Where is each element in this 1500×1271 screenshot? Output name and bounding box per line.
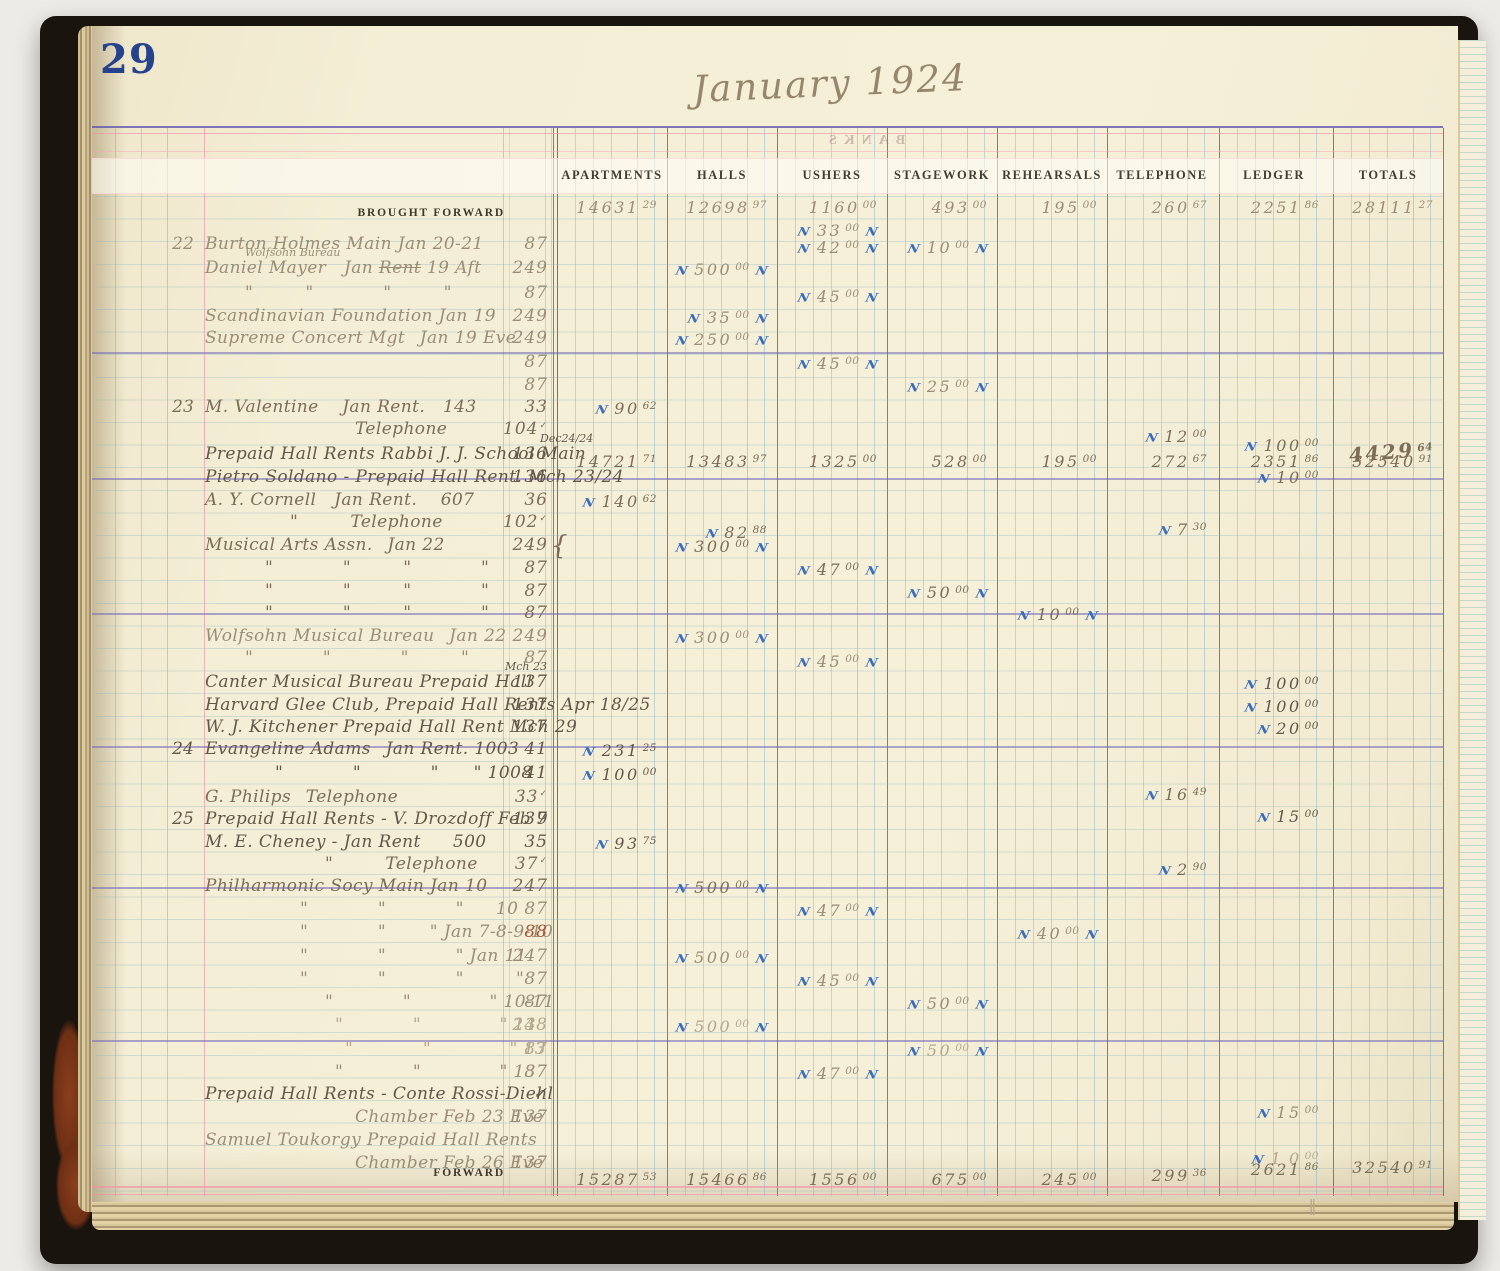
account-number: 249	[496, 626, 548, 646]
amount-re: 24500	[997, 1170, 1097, 1189]
tick-icon: N	[907, 242, 922, 256]
entry-description: Scandinavian Foundation Jan 19	[205, 306, 496, 326]
entry-description: A. Y. Cornell Jan Rent. 607	[205, 490, 474, 510]
account-number: 137	[496, 809, 548, 829]
account-number: 87	[496, 1062, 548, 1082]
tick-icon: N	[687, 312, 702, 326]
account-number: 33✓	[496, 787, 548, 807]
amount-le: N1500	[1219, 807, 1319, 826]
account-number: 87	[496, 899, 548, 919]
amount-ha: N50000N	[667, 1017, 767, 1036]
amount-le: 225186	[1219, 198, 1319, 217]
amount-st: N1000N	[887, 238, 987, 257]
tick-icon: N	[797, 242, 812, 256]
account-number: 87	[496, 375, 548, 395]
amount-us: N4500N	[777, 287, 877, 306]
entry-description: Philharmonic Socy Main Jan 10	[205, 876, 487, 896]
check-icon: ✓	[539, 514, 548, 524]
column-header-te: TELEPHONE	[1107, 168, 1217, 183]
entry-description: " Telephone	[325, 854, 478, 874]
tick-icon: N	[864, 656, 879, 670]
account-number: 35	[496, 832, 548, 852]
account-number: 33	[496, 397, 548, 417]
tick-icon: N	[797, 564, 812, 578]
tick-icon: N	[974, 587, 989, 601]
account-number: 137	[496, 717, 548, 737]
account-number: 249	[496, 306, 548, 326]
amount-st: N5000N	[887, 1041, 987, 1060]
check-icon: ✓	[539, 789, 548, 799]
column-header-re: REHEARSALS	[997, 168, 1107, 183]
tick-icon: N	[1256, 472, 1271, 486]
amount-to: 3254091	[1333, 452, 1433, 471]
tick-icon: N	[864, 358, 879, 372]
amount-us: N4700N	[777, 1064, 877, 1083]
amount-ap: 1528753	[557, 1170, 657, 1189]
amount-le: N1500	[1219, 1103, 1319, 1122]
tick-icon: N	[797, 1068, 812, 1082]
amount-ha: N30000N	[667, 537, 767, 556]
amount-us: N4500N	[777, 354, 877, 373]
account-number: 36	[496, 490, 548, 510]
bleed-through-text: BANKS	[822, 133, 905, 149]
account-number: 249	[496, 328, 548, 348]
tick-icon: N	[797, 291, 812, 305]
tick-icon: N	[864, 225, 879, 239]
entry-date: 24	[164, 739, 202, 759]
tick-icon: N	[1243, 678, 1258, 692]
account-number: 87	[496, 992, 548, 1012]
amount-re: N4000N	[997, 924, 1097, 943]
amount-st: N5000N	[887, 583, 987, 602]
amount-ha: N50000N	[667, 948, 767, 967]
tick-icon: N	[864, 975, 879, 989]
account-number: 87	[496, 558, 548, 578]
entry-description: Musical Arts Assn. Jan 22	[205, 535, 445, 555]
brace-mark: {	[551, 531, 568, 561]
amount-us: N4500N	[777, 971, 877, 990]
column-header-le: LEDGER	[1219, 168, 1329, 183]
tick-icon: N	[864, 1068, 879, 1082]
tick-icon: N	[674, 1021, 689, 1035]
tick-icon: N	[864, 291, 879, 305]
amount-te: N1649	[1107, 785, 1207, 804]
entry-description: " " " Jan 11	[300, 946, 527, 966]
amount-ap: 1463129	[557, 198, 657, 217]
amount-te: 26067	[1107, 198, 1207, 217]
account-number: 136	[496, 444, 548, 464]
entry-description: Harvard Glee Club, Prepaid Hall Rents Ap…	[205, 695, 651, 715]
amount-te: N1200	[1107, 427, 1207, 446]
tick-icon: N	[1084, 928, 1099, 942]
account-number: 137	[496, 672, 548, 692]
tick-icon: N	[674, 541, 689, 555]
entry-description: G. Philips Telephone	[205, 787, 398, 807]
amount-us: N4500N	[777, 652, 877, 671]
account-number: 136	[496, 467, 548, 487]
tick-icon: N	[797, 225, 812, 239]
amount-te: 27267	[1107, 452, 1207, 471]
tick-icon: N	[674, 264, 689, 278]
amount-us: N4700N	[777, 560, 877, 579]
entry-description: " " " 10	[300, 899, 518, 919]
column-header-ap: APARTMENTS	[557, 168, 667, 183]
tick-icon: N	[974, 381, 989, 395]
account-number: 137	[496, 1107, 548, 1127]
account-number: 88	[496, 922, 548, 942]
tick-icon: N	[1017, 609, 1032, 623]
amount-le: N2000	[1219, 719, 1319, 738]
tick-icon: N	[1144, 789, 1159, 803]
rule-line	[92, 126, 1443, 128]
entry-description: Samuel Toukorgy Prepaid Hall Rents	[205, 1130, 537, 1150]
account-number: ✓	[496, 1084, 548, 1104]
tick-icon: N	[797, 656, 812, 670]
amount-ha: 1269897	[667, 198, 767, 217]
amount-te: 29936	[1107, 1166, 1207, 1185]
amount-us: N4700N	[777, 901, 877, 920]
tick-icon: N	[754, 882, 769, 896]
entry-description: Evangeline Adams Jan Rent. 1003	[205, 739, 519, 759]
tick-icon: N	[1256, 811, 1271, 825]
account-number: 87	[496, 1039, 548, 1059]
amount-ap: N10000	[557, 765, 657, 784]
tick-icon: N	[674, 632, 689, 646]
entry-superscript: Wolfsohn Bureau	[245, 246, 340, 259]
tick-icon: N	[754, 632, 769, 646]
tick-icon: N	[754, 312, 769, 326]
amount-st: 67500	[887, 1170, 987, 1189]
tick-icon: N	[907, 587, 922, 601]
tick-icon: N	[754, 1021, 769, 1035]
entry-description: Canter Musical Bureau Prepaid Hall	[205, 672, 532, 692]
tick-icon: N	[581, 496, 596, 510]
amount-te: N730	[1107, 520, 1207, 539]
tick-icon: N	[754, 541, 769, 555]
amount-re: 19500	[997, 452, 1097, 471]
account-number: 41	[496, 763, 548, 783]
column-header-us: USHERS	[777, 168, 887, 183]
tick-icon: N	[907, 381, 922, 395]
amount-ha: N50000N	[667, 878, 767, 897]
entry-description: M. E. Cheney - Jan Rent 500	[205, 832, 487, 852]
photo-background: 29 January 1924 BANKS Brought Forward Fo…	[0, 0, 1500, 1271]
amount-ha: N30000N	[667, 628, 767, 647]
amount-le: 262186	[1219, 1160, 1319, 1179]
account-number: 87	[496, 352, 548, 372]
tick-icon: N	[1084, 609, 1099, 623]
amount-ha: 1546686	[667, 1170, 767, 1189]
entry-description: " " " "	[265, 581, 489, 601]
account-number: 247	[496, 876, 548, 896]
amount-ap: N14062	[557, 492, 657, 511]
tick-icon: N	[864, 564, 879, 578]
amount-ha: N50000N	[667, 260, 767, 279]
account-number: 37✓	[496, 854, 548, 874]
tick-icon: N	[797, 905, 812, 919]
tick-icon: N	[907, 1045, 922, 1059]
tick-icon: N	[1144, 431, 1159, 445]
account-number: 87	[496, 603, 548, 623]
amount-ap: N9375	[557, 834, 657, 853]
amount-to: 2811127	[1333, 198, 1433, 217]
entry-date: 25	[164, 809, 202, 829]
tick-icon: N	[754, 952, 769, 966]
tick-icon: N	[1017, 928, 1032, 942]
tick-icon: N	[864, 905, 879, 919]
amount-le: N10000	[1219, 674, 1319, 693]
entry-description: " " " "	[265, 558, 489, 578]
tick-icon: N	[594, 403, 609, 417]
tick-icon: N	[907, 998, 922, 1012]
amount-st: 52800	[887, 452, 987, 471]
entry-date: 22	[164, 234, 202, 254]
account-number: 137	[496, 695, 548, 715]
tick-icon: N	[797, 358, 812, 372]
rule-line	[1443, 128, 1444, 1196]
amount-ap: N23125	[557, 741, 657, 760]
tick-icon: N	[974, 242, 989, 256]
tick-icon: N	[674, 882, 689, 896]
amount-ha: N3500N	[667, 308, 767, 327]
amount-st: 49300	[887, 198, 987, 217]
entry-description: Telephone	[355, 419, 447, 439]
entry-description: Supreme Concert Mgt Jan 19 Eve	[205, 328, 516, 348]
account-number: 41	[496, 739, 548, 759]
amount-le: ‖	[1219, 1196, 1319, 1215]
rule-line	[92, 1194, 1443, 1195]
tick-icon: N	[754, 264, 769, 278]
underlying-page-edge	[1458, 40, 1486, 1220]
amount-te: N290	[1107, 860, 1207, 879]
amount-us: N4200N	[777, 238, 877, 257]
tick-icon: N	[1256, 1107, 1271, 1121]
brought-forward-label: Brought Forward	[345, 207, 505, 219]
account-number: 102✓	[496, 512, 548, 532]
amount-re: N1000N	[997, 605, 1097, 624]
amount-us: 132500	[777, 452, 877, 471]
entry-description: " " " "	[265, 603, 489, 623]
entry-description: " " " "	[245, 648, 469, 668]
rule-line	[92, 151, 1443, 152]
tick-icon: N	[1256, 723, 1271, 737]
entry-description: " Telephone	[290, 512, 443, 532]
amount-le: N1000	[1219, 468, 1319, 487]
column-header-st: STAGEWORK	[887, 168, 997, 183]
amount-re: 19500	[997, 198, 1097, 217]
tick-icon: N	[754, 334, 769, 348]
account-number: 248	[496, 1015, 548, 1035]
entry-date: 23	[164, 397, 202, 417]
tick-icon: N	[674, 334, 689, 348]
tick-icon: N	[1157, 864, 1172, 878]
entry-description: M. Valentine Jan Rent. 143	[205, 397, 477, 417]
account-number: 87	[496, 283, 548, 303]
rule-line	[92, 133, 1443, 134]
amount-st: N5000N	[887, 994, 987, 1013]
entry-description: Daniel Mayer Jan Rent 19 Aft	[205, 258, 481, 278]
tick-icon: N	[1157, 524, 1172, 538]
check-icon: ✓	[539, 421, 548, 431]
account-number: 249	[496, 535, 548, 555]
account-number: 87	[496, 581, 548, 601]
amount-us: 155600	[777, 1170, 877, 1189]
account-number: 87	[496, 969, 548, 989]
tick-icon: N	[797, 975, 812, 989]
column-header-ha: HALLS	[667, 168, 777, 183]
entry-description: " " " "	[300, 969, 524, 989]
amount-ap: N9062	[557, 399, 657, 418]
page-number: 29	[100, 36, 158, 83]
entry-description: " " " " 1008	[275, 763, 533, 783]
account-number: 249	[496, 258, 548, 278]
entry-description: " " " "	[245, 283, 452, 303]
entry-description: Wolfsohn Musical Bureau Jan 22	[205, 626, 507, 646]
column-header-to: TOTALS	[1333, 168, 1443, 183]
account-number: 87	[496, 234, 548, 254]
amount-to: 3254091	[1333, 1158, 1433, 1177]
tick-icon: N	[974, 998, 989, 1012]
amount-us: 116000	[777, 198, 877, 217]
tick-icon: N	[674, 952, 689, 966]
amount-le: N10000	[1219, 697, 1319, 716]
tick-icon: N	[974, 1045, 989, 1059]
amount-ha: 1348397	[667, 452, 767, 471]
amount-ap: 1472171	[557, 452, 657, 471]
amount-st: N2500N	[887, 377, 987, 396]
tick-icon: N	[581, 745, 596, 759]
check-icon: ✓	[539, 856, 548, 866]
amount-ha: N25000N	[667, 330, 767, 349]
tick-icon: N	[864, 242, 879, 256]
account-number: 137	[496, 1153, 548, 1173]
account-number: 247	[496, 946, 548, 966]
tick-icon: N	[594, 838, 609, 852]
tick-icon: N	[1243, 701, 1258, 715]
tick-icon: N	[581, 769, 596, 783]
